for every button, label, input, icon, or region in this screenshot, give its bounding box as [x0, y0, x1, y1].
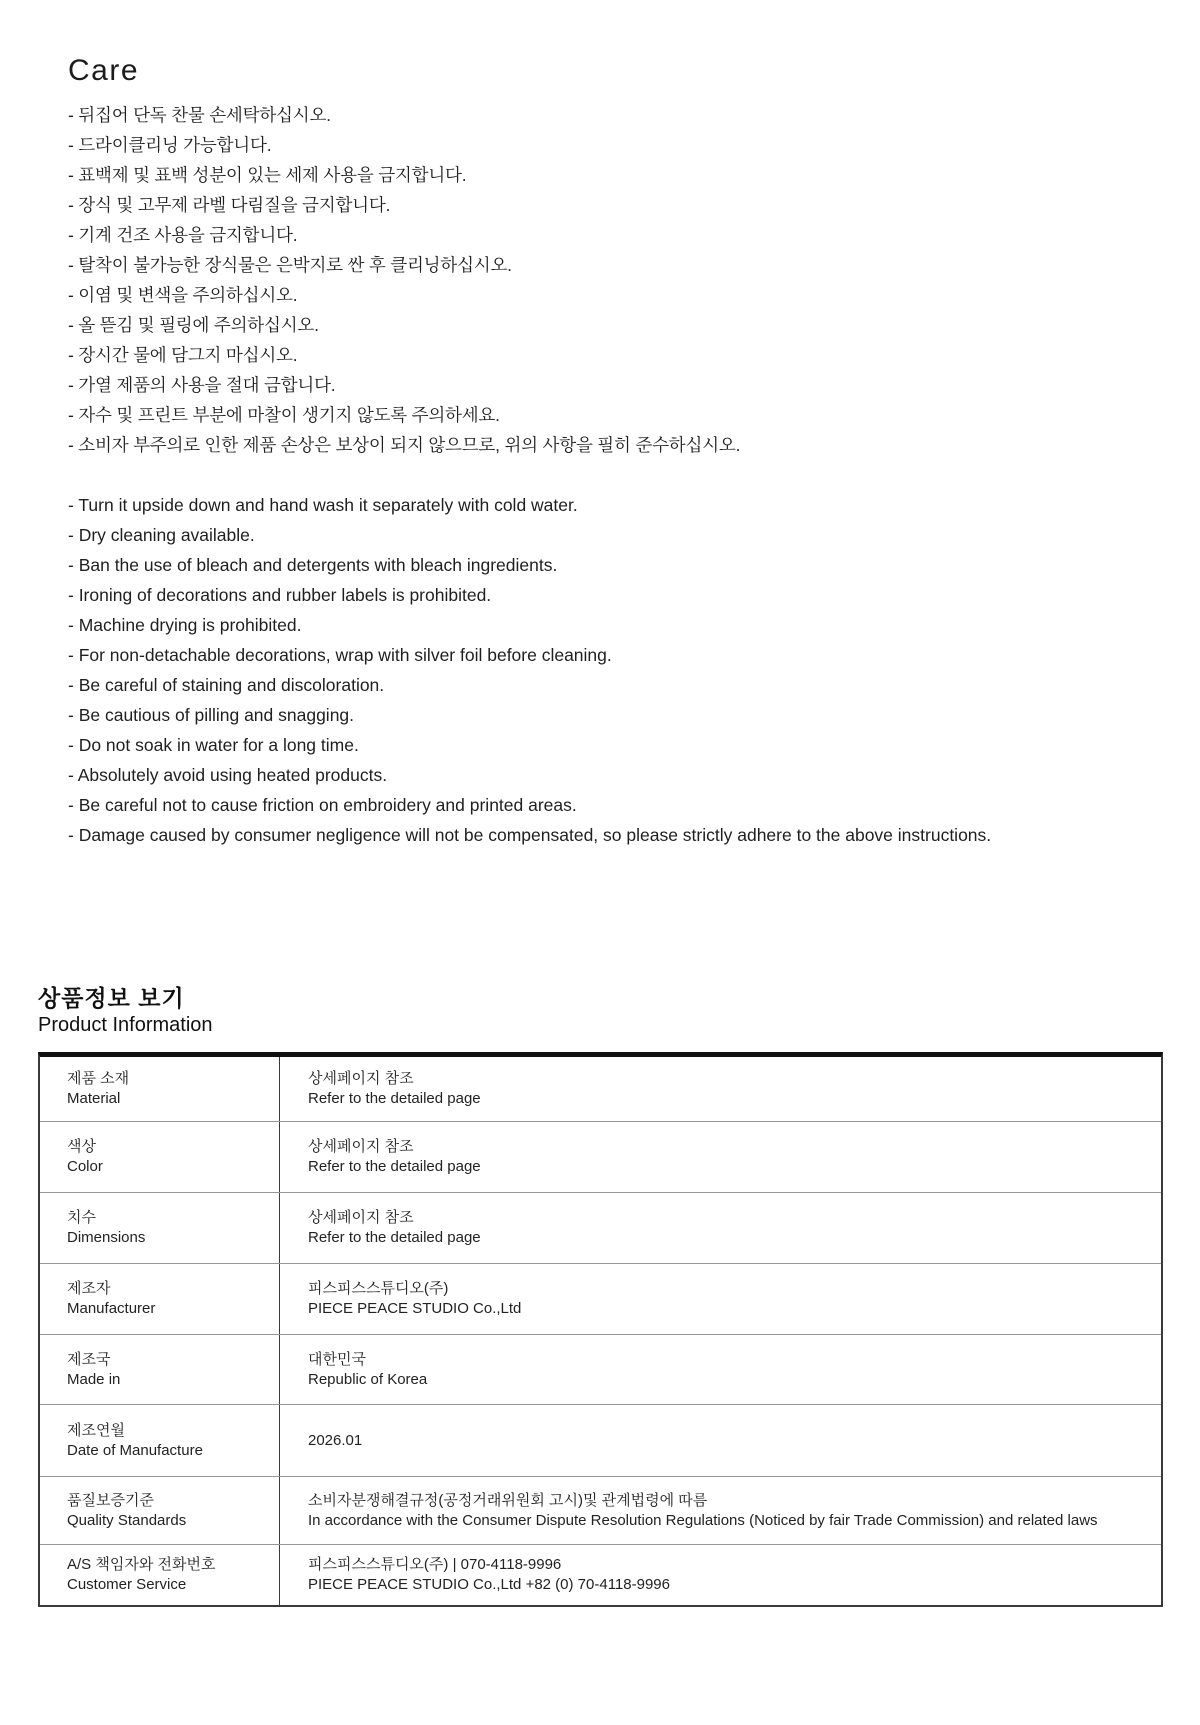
- care-instruction-en: - Absolutely avoid using heated products…: [68, 760, 1148, 790]
- table-row-manufacture-date: 제조연월 Date of Manufacture 2026.01: [40, 1405, 1161, 1477]
- label-english: Material: [67, 1089, 279, 1109]
- row-label-cell: A/S 책임자와 전화번호 Customer Service: [40, 1545, 280, 1605]
- product-info-table: 제품 소재 Material 상세페이지 참조 Refer to the det…: [38, 1052, 1163, 1607]
- care-instruction-ko: - 드라이클리닝 가능합니다.: [68, 130, 1148, 160]
- care-instruction-en: - Damage caused by consumer negligence w…: [68, 820, 1148, 850]
- care-instruction-ko: - 표백제 및 표백 성분이 있는 세제 사용을 금지합니다.: [68, 160, 1148, 190]
- care-instruction-en: - Do not soak in water for a long time.: [68, 730, 1148, 760]
- label-english: Quality Standards: [67, 1511, 279, 1531]
- value-english: PIECE PEACE STUDIO Co.,Ltd +82 (0) 70-41…: [308, 1575, 1137, 1595]
- product-info-section: 상품정보 보기 Product Information 제품 소재 Materi…: [38, 984, 1163, 1607]
- value-english: In accordance with the Consumer Dispute …: [308, 1511, 1137, 1531]
- table-row-made-in: 제조국 Made in 대한민국 Republic of Korea: [40, 1335, 1161, 1405]
- value-english: PIECE PEACE STUDIO Co.,Ltd: [308, 1299, 1137, 1319]
- care-instruction-ko: - 기계 건조 사용을 금지합니다.: [68, 220, 1148, 250]
- care-title: Care: [68, 56, 1148, 86]
- label-english: Manufacturer: [67, 1299, 279, 1319]
- row-value-cell: 소비자분쟁해결규정(공정거래위원회 고시)및 관계법령에 따름 In accor…: [280, 1477, 1161, 1544]
- product-info-heading-korean: 상품정보 보기: [38, 984, 1163, 1013]
- label-korean: A/S 책임자와 전화번호: [67, 1555, 279, 1575]
- care-instruction-en: - Ironing of decorations and rubber labe…: [68, 580, 1148, 610]
- row-value-cell: 상세페이지 참조 Refer to the detailed page: [280, 1122, 1161, 1192]
- label-korean: 제조연월: [67, 1421, 279, 1441]
- care-instruction-en: - Turn it upside down and hand wash it s…: [68, 490, 1148, 520]
- label-english: Color: [67, 1157, 279, 1177]
- row-value-cell: 2026.01: [280, 1405, 1161, 1476]
- label-korean: 품질보증기준: [67, 1491, 279, 1511]
- value-english: Refer to the detailed page: [308, 1228, 1137, 1248]
- care-instruction-en: - Be careful of staining and discolorati…: [68, 670, 1148, 700]
- label-english: Made in: [67, 1370, 279, 1390]
- value-korean: 상세페이지 참조: [308, 1208, 1137, 1228]
- value-korean: 상세페이지 참조: [308, 1137, 1137, 1157]
- row-value-cell: 피스피스스튜디오(주) | 070-4118-9996 PIECE PEACE …: [280, 1545, 1161, 1605]
- row-label-cell: 제조자 Manufacturer: [40, 1264, 280, 1334]
- care-instruction-ko: - 장식 및 고무제 라벨 다림질을 금지합니다.: [68, 190, 1148, 220]
- row-label-cell: 색상 Color: [40, 1122, 280, 1192]
- care-instruction-ko: - 뒤집어 단독 찬물 손세탁하십시오.: [68, 100, 1148, 130]
- value-korean: 피스피스스튜디오(주): [308, 1279, 1137, 1299]
- label-english: Date of Manufacture: [67, 1441, 279, 1461]
- care-instruction-en: - Dry cleaning available.: [68, 520, 1148, 550]
- care-instruction-ko: - 이염 및 변색을 주의하십시오.: [68, 280, 1148, 310]
- row-label-cell: 품질보증기준 Quality Standards: [40, 1477, 280, 1544]
- care-instruction-ko: - 자수 및 프린트 부분에 마찰이 생기지 않도록 주의하세요.: [68, 400, 1148, 430]
- value-korean: 2026.01: [308, 1431, 1137, 1451]
- label-korean: 제조국: [67, 1350, 279, 1370]
- label-korean: 제조자: [67, 1279, 279, 1299]
- table-row-dimensions: 치수 Dimensions 상세페이지 참조 Refer to the deta…: [40, 1193, 1161, 1264]
- row-value-cell: 상세페이지 참조 Refer to the detailed page: [280, 1057, 1161, 1121]
- care-instruction-en: - Ban the use of bleach and detergents w…: [68, 550, 1148, 580]
- label-korean: 색상: [67, 1137, 279, 1157]
- value-english: Republic of Korea: [308, 1370, 1137, 1390]
- row-label-cell: 치수 Dimensions: [40, 1193, 280, 1263]
- care-instruction-ko: - 소비자 부주의로 인한 제품 손상은 보상이 되지 않으므로, 위의 사항을…: [68, 430, 1148, 460]
- care-instruction-en: - Be cautious of pilling and snagging.: [68, 700, 1148, 730]
- value-korean: 소비자분쟁해결규정(공정거래위원회 고시)및 관계법령에 따름: [308, 1491, 1137, 1511]
- row-value-cell: 상세페이지 참조 Refer to the detailed page: [280, 1193, 1161, 1263]
- care-instruction-en: - Be careful not to cause friction on em…: [68, 790, 1148, 820]
- label-korean: 치수: [67, 1208, 279, 1228]
- care-list-korean: - 뒤집어 단독 찬물 손세탁하십시오. - 드라이클리닝 가능합니다. - 표…: [68, 100, 1148, 460]
- value-english: Refer to the detailed page: [308, 1157, 1137, 1177]
- row-label-cell: 제품 소재 Material: [40, 1057, 280, 1121]
- care-instruction-ko: - 올 뜯김 및 필링에 주의하십시오.: [68, 310, 1148, 340]
- table-row-customer-service: A/S 책임자와 전화번호 Customer Service 피스피스스튜디오(…: [40, 1545, 1161, 1605]
- care-instruction-ko: - 탈착이 불가능한 장식물은 은박지로 싼 후 클리닝하십시오.: [68, 250, 1148, 280]
- care-section: Care - 뒤집어 단독 찬물 손세탁하십시오. - 드라이클리닝 가능합니다…: [68, 56, 1148, 850]
- table-row-quality-standards: 품질보증기준 Quality Standards 소비자분쟁해결규정(공정거래위…: [40, 1477, 1161, 1545]
- value-korean: 상세페이지 참조: [308, 1069, 1137, 1089]
- row-value-cell: 대한민국 Republic of Korea: [280, 1335, 1161, 1404]
- value-english: Refer to the detailed page: [308, 1089, 1137, 1109]
- label-english: Customer Service: [67, 1575, 279, 1595]
- care-instruction-en: - Machine drying is prohibited.: [68, 610, 1148, 640]
- row-value-cell: 피스피스스튜디오(주) PIECE PEACE STUDIO Co.,Ltd: [280, 1264, 1161, 1334]
- table-row-color: 색상 Color 상세페이지 참조 Refer to the detailed …: [40, 1122, 1161, 1193]
- table-row-material: 제품 소재 Material 상세페이지 참조 Refer to the det…: [40, 1057, 1161, 1122]
- row-label-cell: 제조연월 Date of Manufacture: [40, 1405, 280, 1476]
- table-row-manufacturer: 제조자 Manufacturer 피스피스스튜디오(주) PIECE PEACE…: [40, 1264, 1161, 1335]
- row-label-cell: 제조국 Made in: [40, 1335, 280, 1404]
- care-instruction-ko: - 장시간 물에 담그지 마십시오.: [68, 340, 1148, 370]
- value-korean: 피스피스스튜디오(주) | 070-4118-9996: [308, 1555, 1137, 1575]
- care-list-english: - Turn it upside down and hand wash it s…: [68, 490, 1148, 850]
- label-korean: 제품 소재: [67, 1069, 279, 1089]
- care-instruction-en: - For non-detachable decorations, wrap w…: [68, 640, 1148, 670]
- label-english: Dimensions: [67, 1228, 279, 1248]
- product-info-heading-english: Product Information: [38, 1013, 1163, 1037]
- value-korean: 대한민국: [308, 1350, 1137, 1370]
- care-instruction-ko: - 가열 제품의 사용을 절대 금합니다.: [68, 370, 1148, 400]
